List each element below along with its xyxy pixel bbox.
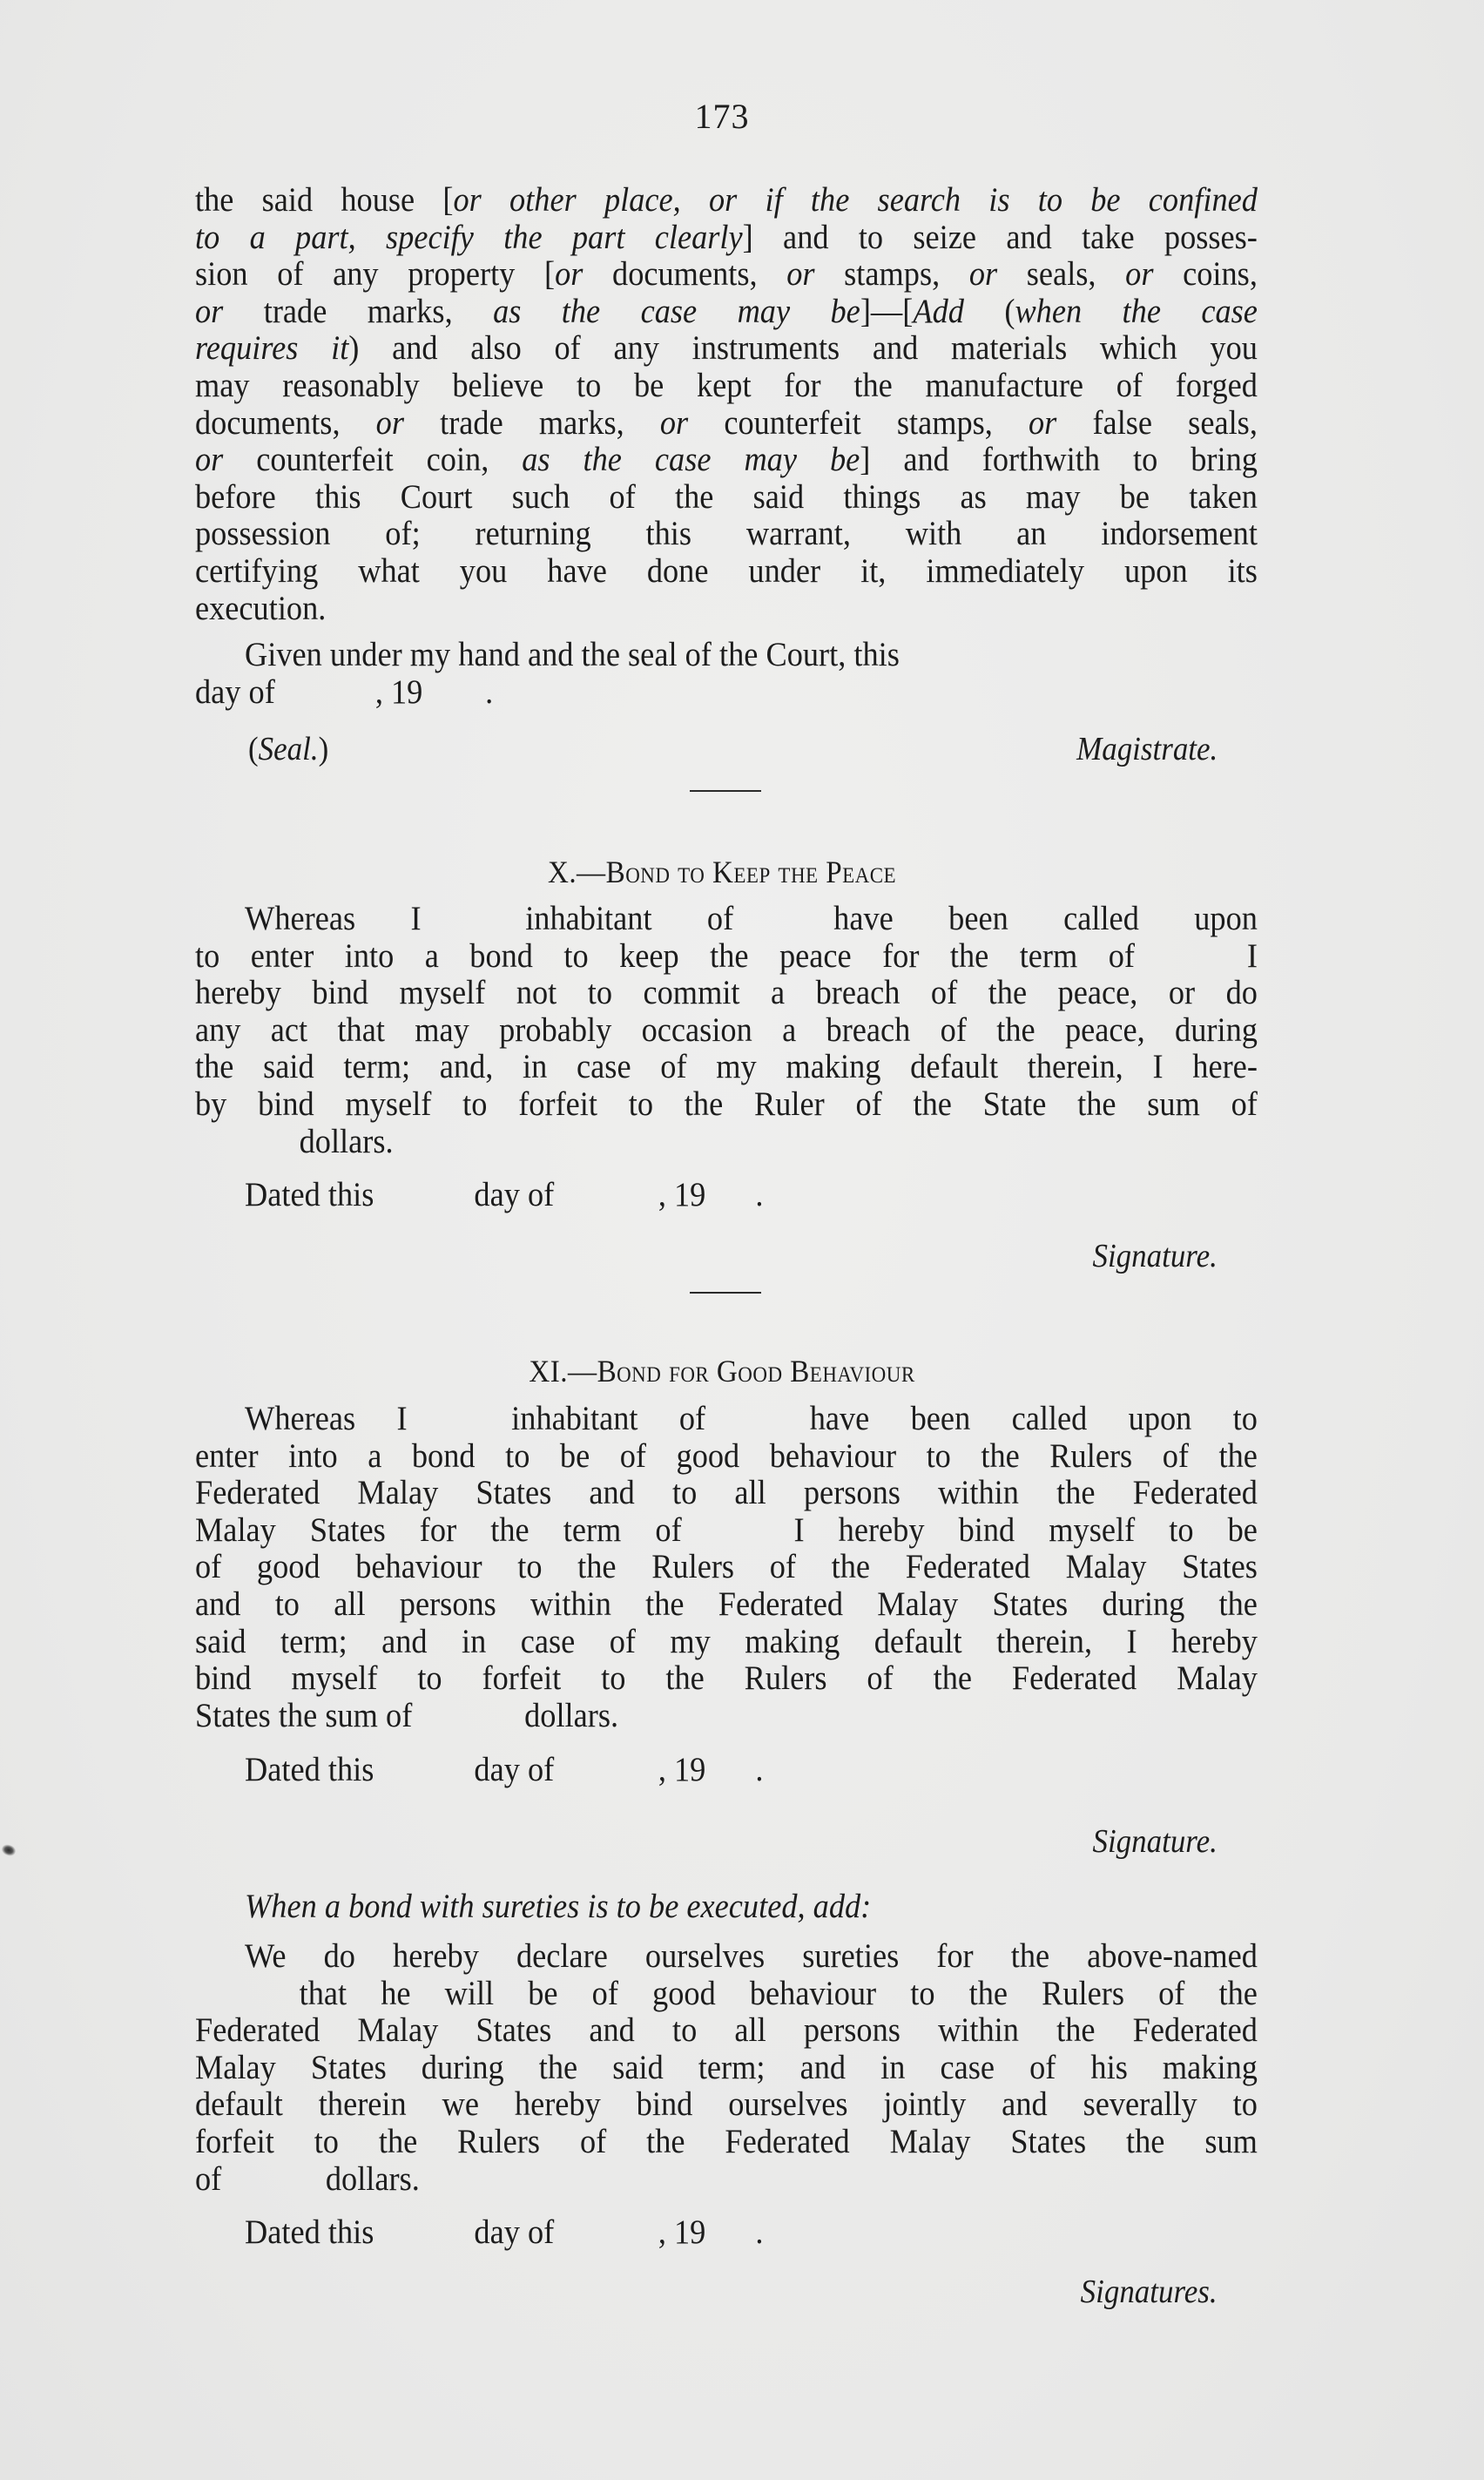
- text-line: requires it) and also of any instruments…: [195, 329, 1258, 367]
- text-line: Federated Malay States and to all person…: [195, 1474, 1258, 1511]
- text-line: Malay States for the term ofI hereby bin…: [195, 1511, 1258, 1549]
- text-line: ofdollars.: [195, 2160, 1258, 2198]
- given-day-of: day of: [195, 672, 275, 711]
- dated-day-of: day of: [474, 1750, 554, 1788]
- section-divider: [690, 790, 761, 792]
- dated-period: .: [755, 2213, 763, 2251]
- text-line: or trade marks, as the case may be]—[Add…: [195, 293, 1258, 330]
- text-line: enter into a bond to be of good behaviou…: [195, 1437, 1258, 1475]
- dated-this: Dated this: [245, 1750, 374, 1788]
- dated-day-of: day of: [474, 1175, 554, 1213]
- text-line: We do hereby declare ourselves sureties …: [195, 1937, 1258, 1975]
- section-x-heading: X.—Bond to Keep the Peace: [57, 854, 1386, 890]
- given-line-1: Given under my hand and the seal of the …: [195, 636, 1258, 673]
- section-xi-body: Whereas Iinhabitant ofhave been called u…: [195, 1400, 1172, 1733]
- dated-period: .: [755, 1750, 763, 1788]
- text-line: to enter into a bond to keep the peace f…: [195, 937, 1258, 975]
- dated-period: .: [755, 1175, 763, 1213]
- text-line: bind myself to forfeit to the Rulers of …: [195, 1659, 1258, 1697]
- warrant-continuation-paragraph: the said house [or other place, or if th…: [195, 181, 1172, 626]
- text-line: that he will be of good behaviour to the…: [195, 1975, 1258, 2012]
- section-x-title: Bond to Keep the Peace: [606, 855, 896, 889]
- dated-day-of: day of: [474, 2213, 554, 2251]
- text-line: the said term; and, in case of my making…: [195, 1048, 1258, 1085]
- sureties-instruction-text: When a bond with sureties is to be execu…: [195, 1888, 1258, 1925]
- text-line: the said house [or other place, or if th…: [195, 181, 1258, 219]
- given-line-2: day of, 19.: [195, 673, 1258, 711]
- dated-year: , 19: [658, 1750, 706, 1788]
- text-line: Whereas Iinhabitant ofhave been called u…: [195, 1400, 1258, 1437]
- section-xi-signature: Signature.: [1093, 1822, 1218, 1861]
- text-line: possession of; returning this warrant, w…: [195, 515, 1258, 552]
- text-line: dollars.: [195, 1123, 1258, 1160]
- sureties-signatures: Signatures.: [1081, 2273, 1218, 2311]
- document-page: 173 the said house [or other place, or i…: [0, 0, 1484, 2480]
- sureties-instruction: When a bond with sureties is to be execu…: [195, 1888, 1172, 1925]
- sureties-dated: Dated thisday of, 19.: [195, 2213, 1172, 2251]
- text-line: to a part, specify the part clearly] and…: [195, 219, 1258, 256]
- text-line: may reasonably believe to be kept for th…: [195, 367, 1258, 404]
- text-line: by bind myself to forfeit to the Ruler o…: [195, 1085, 1258, 1123]
- text-line: said term; and in case of my making defa…: [195, 1623, 1258, 1660]
- section-x-numeral: X.—: [548, 855, 606, 889]
- given-period: .: [485, 672, 493, 711]
- magistrate-label: Magistrate.: [1076, 730, 1218, 768]
- given-year: , 19: [375, 672, 423, 711]
- text-line: execution.: [195, 590, 1258, 627]
- text-line: forfeit to the Rulers of the Federated M…: [195, 2123, 1258, 2160]
- text-line: default therein we hereby bind ourselves…: [195, 2085, 1258, 2123]
- dated-year: , 19: [658, 1175, 706, 1213]
- dated-year: , 19: [658, 2213, 706, 2251]
- text-line: hereby bind myself not to commit a breac…: [195, 974, 1258, 1011]
- text-line: Whereas Iinhabitant ofhave been called u…: [195, 900, 1258, 937]
- page-number: 173: [0, 96, 1444, 137]
- seal-label: (Seal.): [248, 730, 328, 768]
- text-line: and to all persons within the Federated …: [195, 1585, 1258, 1623]
- text-line: Malay States during the said term; and i…: [195, 2049, 1258, 2086]
- section-xi-heading: XI.—Bond for Good Behaviour: [57, 1353, 1386, 1389]
- section-divider: [690, 1292, 761, 1294]
- text-line: certifying what you have done under it, …: [195, 552, 1258, 590]
- sureties-body: We do hereby declare ourselves sureties …: [195, 1937, 1172, 2197]
- dated-this: Dated this: [245, 1175, 374, 1213]
- section-x-dated: Dated thisday of, 19.: [195, 1176, 1172, 1213]
- given-under-hand: Given under my hand and the seal of the …: [195, 636, 1172, 710]
- text-line: or counterfeit coin, as the case may be]…: [195, 441, 1258, 478]
- section-xi-title: Bond for Good Behaviour: [597, 1354, 915, 1389]
- text-line: States the sum ofdollars.: [195, 1697, 1258, 1734]
- text-line: before this Court such of the said thing…: [195, 478, 1258, 516]
- section-xi-dated: Dated thisday of, 19.: [195, 1751, 1172, 1788]
- section-xi-numeral: XI.—: [529, 1354, 597, 1389]
- margin-ink-mark: [0, 1843, 17, 1858]
- text-line: sion of any property [or documents, or s…: [195, 255, 1258, 293]
- text-line: documents, or trade marks, or counterfei…: [195, 404, 1258, 442]
- section-x-signature: Signature.: [1093, 1237, 1218, 1275]
- section-x-body: Whereas Iinhabitant ofhave been called u…: [195, 900, 1172, 1159]
- text-line: of good behaviour to the Rulers of the F…: [195, 1548, 1258, 1585]
- text-line: any act that may probably occasion a bre…: [195, 1011, 1258, 1049]
- text-line: Federated Malay States and to all person…: [195, 2011, 1258, 2049]
- dated-this: Dated this: [245, 2213, 374, 2251]
